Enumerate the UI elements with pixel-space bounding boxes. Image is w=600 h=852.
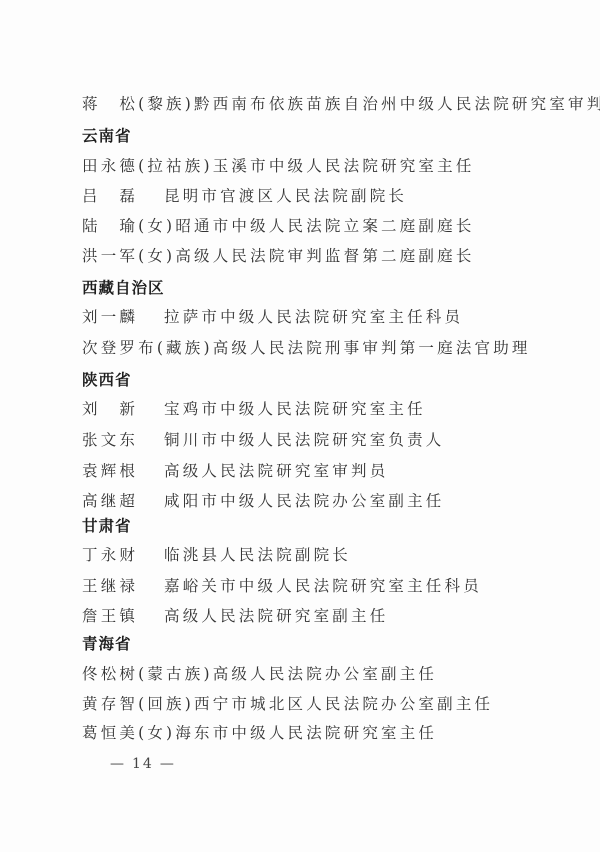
list-item: 詹王镇高级人民法院研究室副主任: [82, 606, 388, 626]
person-note: (女): [138, 247, 175, 265]
person-position: 高级人民法院审判监督第二庭副庭长: [175, 247, 474, 265]
person-position: 高级人民法院办公室副主任: [213, 665, 437, 683]
person-name: 陆 瑜: [82, 216, 138, 236]
person-name: 詹王镇: [82, 606, 164, 626]
person-name: 王继禄: [82, 576, 164, 596]
person-position: 昆明市官渡区人民法院副院长: [164, 187, 407, 205]
person-position: 昭通市中级人民法院立案二庭副庭长: [175, 217, 474, 235]
person-note: (蒙古族): [138, 665, 213, 683]
list-item: 蒋 松(黎族)黔西南布依族苗族自治州中级人民法院研究室审判员: [82, 94, 600, 114]
person-name: 洪一军: [82, 246, 138, 266]
list-item: 刘 新宝鸡市中级人民法院研究室主任: [82, 399, 426, 419]
person-name: 蒋 松: [82, 94, 138, 114]
list-item: 张文东铜川市中级人民法院研究室负责人: [82, 430, 445, 450]
list-item: 刘一麟拉萨市中级人民法院研究室主任科员: [82, 307, 463, 327]
person-name: 刘一麟: [82, 307, 164, 327]
person-name: 张文东: [82, 430, 164, 450]
list-item: 黄存智(回族)西宁市城北区人民法院办公室副主任: [82, 694, 493, 714]
section-heading-qinghai: 青海省: [82, 634, 132, 654]
person-note: (女): [138, 217, 175, 235]
person-name: 吕 磊: [82, 186, 164, 206]
section-heading-yunnan: 云南省: [82, 126, 132, 146]
person-name: 葛恒美: [82, 723, 138, 743]
list-item: 丁永财临洮县人民法院副院长: [82, 545, 351, 565]
page-number-value: 14: [132, 756, 154, 772]
person-position: 高级人民法院刑事审判第一庭法官助理: [213, 339, 531, 357]
person-position: 玉溪市中级人民法院研究室主任: [213, 157, 475, 175]
person-position: 嘉峪关市中级人民法院研究室主任科员: [164, 577, 482, 595]
page-number: —14—: [104, 756, 182, 772]
person-note: (女): [138, 724, 175, 742]
person-name: 高继超: [82, 491, 164, 511]
section-heading-gansu: 甘肃省: [82, 516, 132, 536]
list-item: 田永德(拉祜族)玉溪市中级人民法院研究室主任: [82, 156, 475, 176]
person-position: 海东市中级人民法院研究室主任: [175, 724, 437, 742]
person-name: 次登罗布: [82, 338, 157, 358]
list-item: 陆 瑜(女)昭通市中级人民法院立案二庭副庭长: [82, 216, 475, 236]
person-name: 佟松树: [82, 664, 138, 684]
person-note: (回族): [138, 695, 194, 713]
list-item: 王继禄嘉峪关市中级人民法院研究室主任科员: [82, 576, 482, 596]
list-item: 次登罗布(藏族)高级人民法院刑事审判第一庭法官助理: [82, 338, 531, 358]
person-name: 黄存智: [82, 694, 138, 714]
list-item: 高继超咸阳市中级人民法院办公室副主任: [82, 491, 445, 511]
page-dash-left: —: [110, 756, 126, 772]
person-note: (藏族): [157, 339, 213, 357]
person-position: 黔西南布依族苗族自治州中级人民法院研究室审判员: [194, 95, 600, 113]
list-item: 葛恒美(女)海东市中级人民法院研究室主任: [82, 723, 437, 743]
list-item: 佟松树(蒙古族)高级人民法院办公室副主任: [82, 664, 437, 684]
person-position: 高级人民法院研究室副主任: [164, 607, 388, 625]
person-position: 拉萨市中级人民法院研究室主任科员: [164, 308, 463, 326]
person-name: 刘 新: [82, 399, 164, 419]
list-item: 袁辉根高级人民法院研究室审判员: [82, 461, 388, 481]
document-page: 蒋 松(黎族)黔西南布依族苗族自治州中级人民法院研究室审判员 云南省 田永德(拉…: [0, 0, 600, 852]
person-note: (黎族): [138, 95, 194, 113]
person-position: 西宁市城北区人民法院办公室副主任: [194, 695, 493, 713]
person-name: 袁辉根: [82, 461, 164, 481]
section-heading-tibet: 西藏自治区: [82, 278, 165, 298]
person-position: 高级人民法院研究室审判员: [164, 462, 388, 480]
person-position: 宝鸡市中级人民法院研究室主任: [164, 400, 426, 418]
person-name: 田永德: [82, 156, 138, 176]
section-heading-shaanxi: 陕西省: [82, 370, 132, 390]
person-position: 临洮县人民法院副院长: [164, 546, 351, 564]
list-item: 洪一军(女)高级人民法院审判监督第二庭副庭长: [82, 246, 475, 266]
person-name: 丁永财: [82, 545, 164, 565]
list-item: 吕 磊昆明市官渡区人民法院副院长: [82, 186, 407, 206]
person-position: 铜川市中级人民法院研究室负责人: [164, 431, 445, 449]
page-dash-right: —: [160, 756, 176, 772]
person-position: 咸阳市中级人民法院办公室副主任: [164, 492, 445, 510]
person-note: (拉祜族): [138, 157, 213, 175]
